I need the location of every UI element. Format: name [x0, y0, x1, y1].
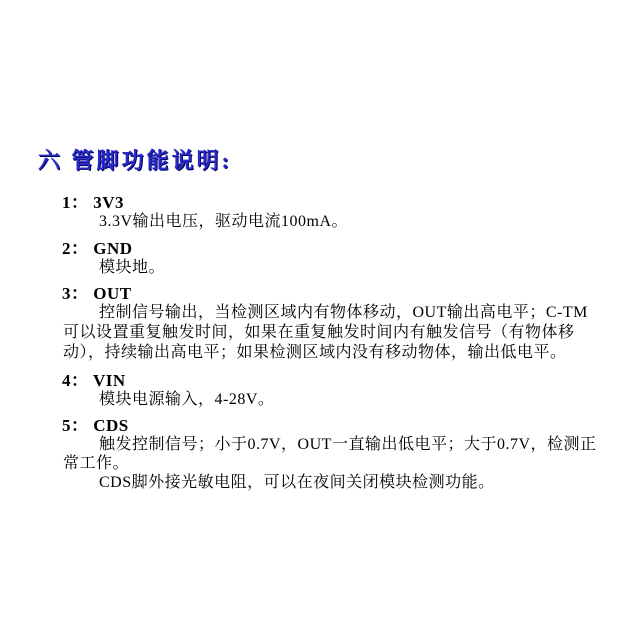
pin-desc-vin-line-1: 模块电源输入，4-28V。: [99, 391, 274, 408]
page-title: 六 管脚功能说明:: [38, 149, 232, 172]
document-page: 六 管脚功能说明: 1： 3V3 3.3V输出电压，驱动电流100mA。 2： …: [0, 0, 626, 626]
pin-label-cds: 5： CDS: [62, 417, 129, 434]
pin-desc-out-line-1: 控制信号输出，当检测区域内有物体移动，OUT输出高电平；C-TM: [99, 304, 588, 321]
pin-desc-3v3-line-1: 3.3V输出电压，驱动电流100mA。: [99, 213, 348, 230]
pin-label-vin: 4： VIN: [62, 372, 126, 389]
pin-desc-gnd-line-1: 模块地。: [99, 259, 165, 276]
pin-desc-cds-line-3: CDS脚外接光敏电阻，可以在夜间关闭模块检测功能。: [99, 474, 495, 491]
pin-desc-out-line-2: 可以设置重复触发时间，如果在重复触发时间内有触发信号（有物体移: [63, 324, 575, 341]
pin-label-3v3: 1： 3V3: [62, 194, 124, 211]
pin-desc-cds-line-1: 触发控制信号；小于0.7V，OUT一直输出低电平；大于0.7V，检测正: [99, 436, 597, 453]
pin-desc-out-line-3: 动），持续输出高电平；如果检测区域内没有移动物体，输出低电平。: [63, 344, 567, 361]
pin-label-gnd: 2： GND: [62, 240, 133, 257]
pin-desc-cds-line-2: 常工作。: [63, 455, 129, 472]
pin-label-out: 3： OUT: [62, 285, 132, 302]
